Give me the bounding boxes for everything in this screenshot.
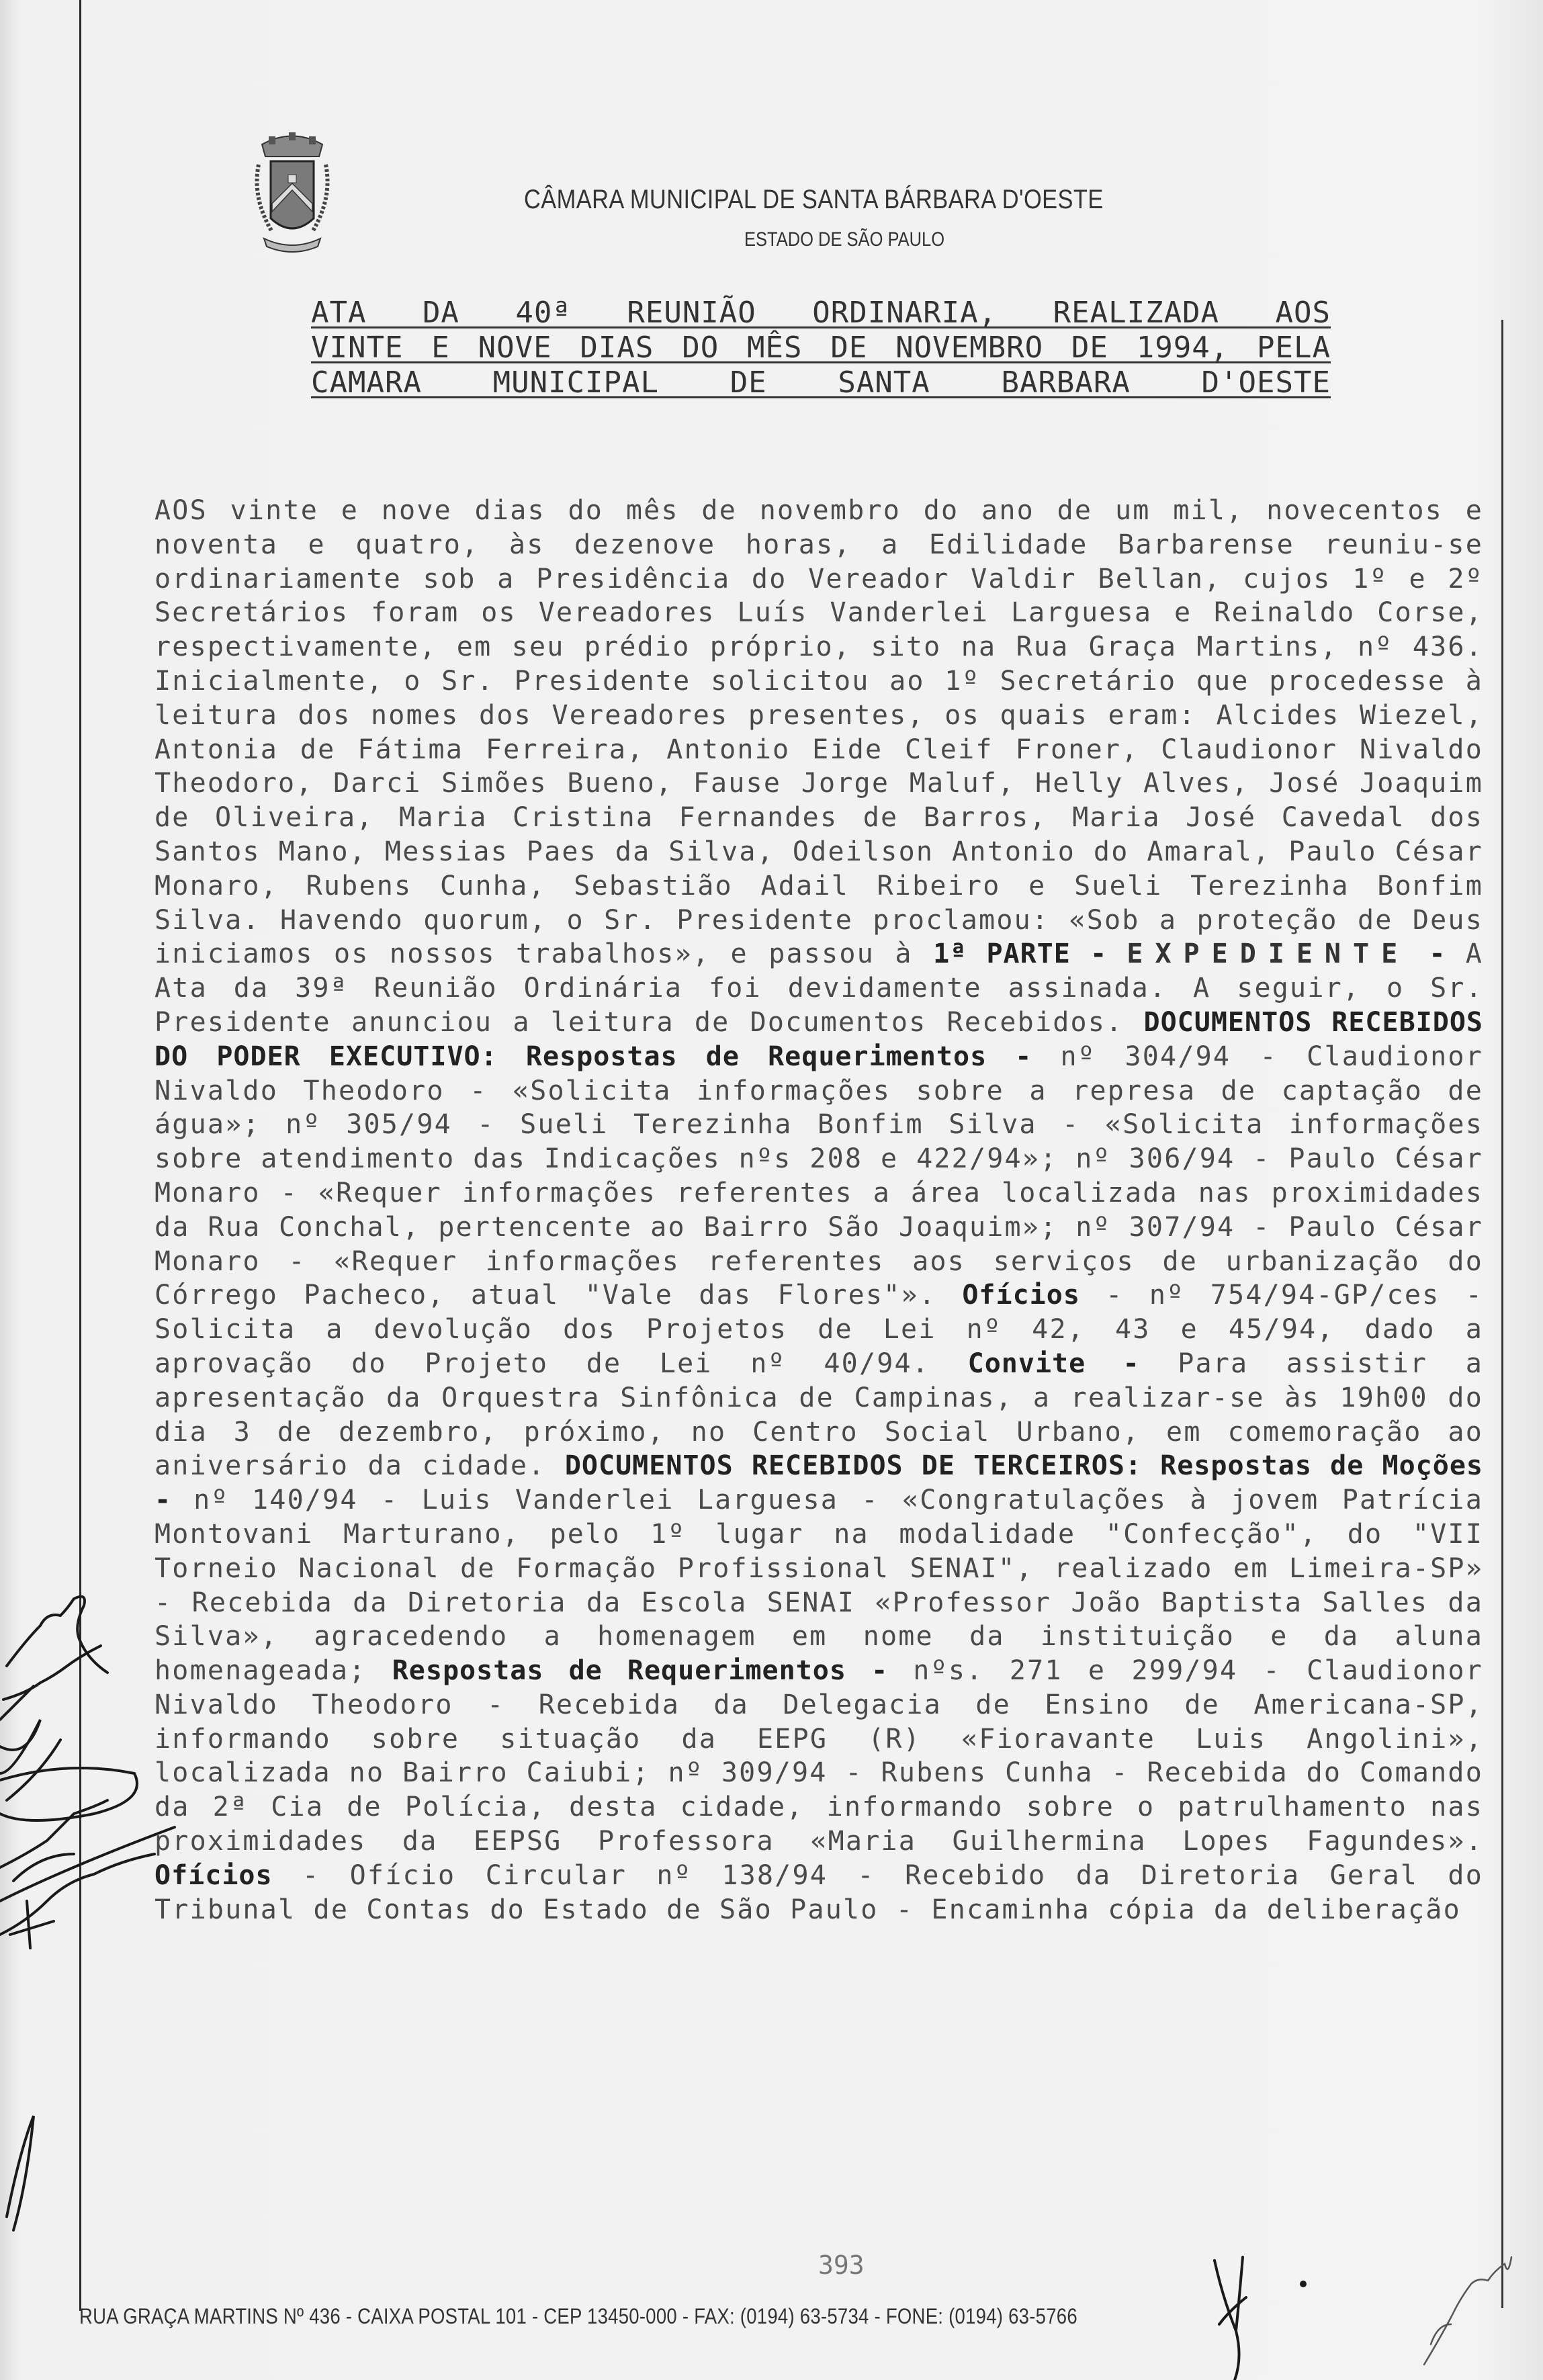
section-label: 1ª PARTE -	[933, 938, 1127, 969]
body-segment: - Ofício Circular nº 138/94 - Recebido d…	[155, 1860, 1483, 1925]
section-label: Convite -	[968, 1348, 1140, 1379]
section-label: Respostas de Requerimentos -	[392, 1655, 914, 1686]
minutes-heading: ATA DA 40ª REUNIÃO ORDINARIA, REALIZADA …	[311, 296, 1331, 400]
heading-line: VINTE E NOVE DIAS DO MÊS DE NOVEMBRO DE …	[311, 330, 1331, 365]
letterhead-subtitle: ESTADO DE SÃO PAULO	[744, 228, 944, 251]
left-margin-line	[79, 0, 81, 2311]
minutes-body: AOS vinte e nove dias do mês de novembro…	[155, 494, 1483, 1927]
right-margin-line	[1501, 320, 1503, 2308]
section-label: -	[1409, 938, 1466, 969]
section-label: Ofícios	[155, 1860, 273, 1891]
section-label: Ofícios	[962, 1280, 1080, 1311]
coat-of-arms-icon	[238, 124, 346, 259]
heading-line: ATA DA 40ª REUNIÃO ORDINARIA, REALIZADA …	[311, 296, 1331, 330]
footer-address: RUA GRAÇA MARTINS Nº 436 - CAIXA POSTAL …	[79, 2304, 1077, 2329]
body-segment: AOS vinte e nove dias do mês de novembro…	[155, 495, 1483, 969]
document-page: CÂMARA MUNICIPAL DE SANTA BÁRBARA D'OEST…	[0, 0, 1543, 2380]
section-label: EXPEDIENTE	[1127, 938, 1409, 969]
page-number: 393	[818, 2250, 865, 2280]
heading-line: CAMARA MUNICIPAL DE SANTA BARBARA D'OEST…	[311, 365, 1331, 400]
letterhead-title: CÂMARA MUNICIPAL DE SANTA BÁRBARA D'OEST…	[524, 185, 1104, 215]
body-segment: nº 304/94 - Claudionor Nivaldo Theodoro …	[155, 1041, 1483, 1311]
